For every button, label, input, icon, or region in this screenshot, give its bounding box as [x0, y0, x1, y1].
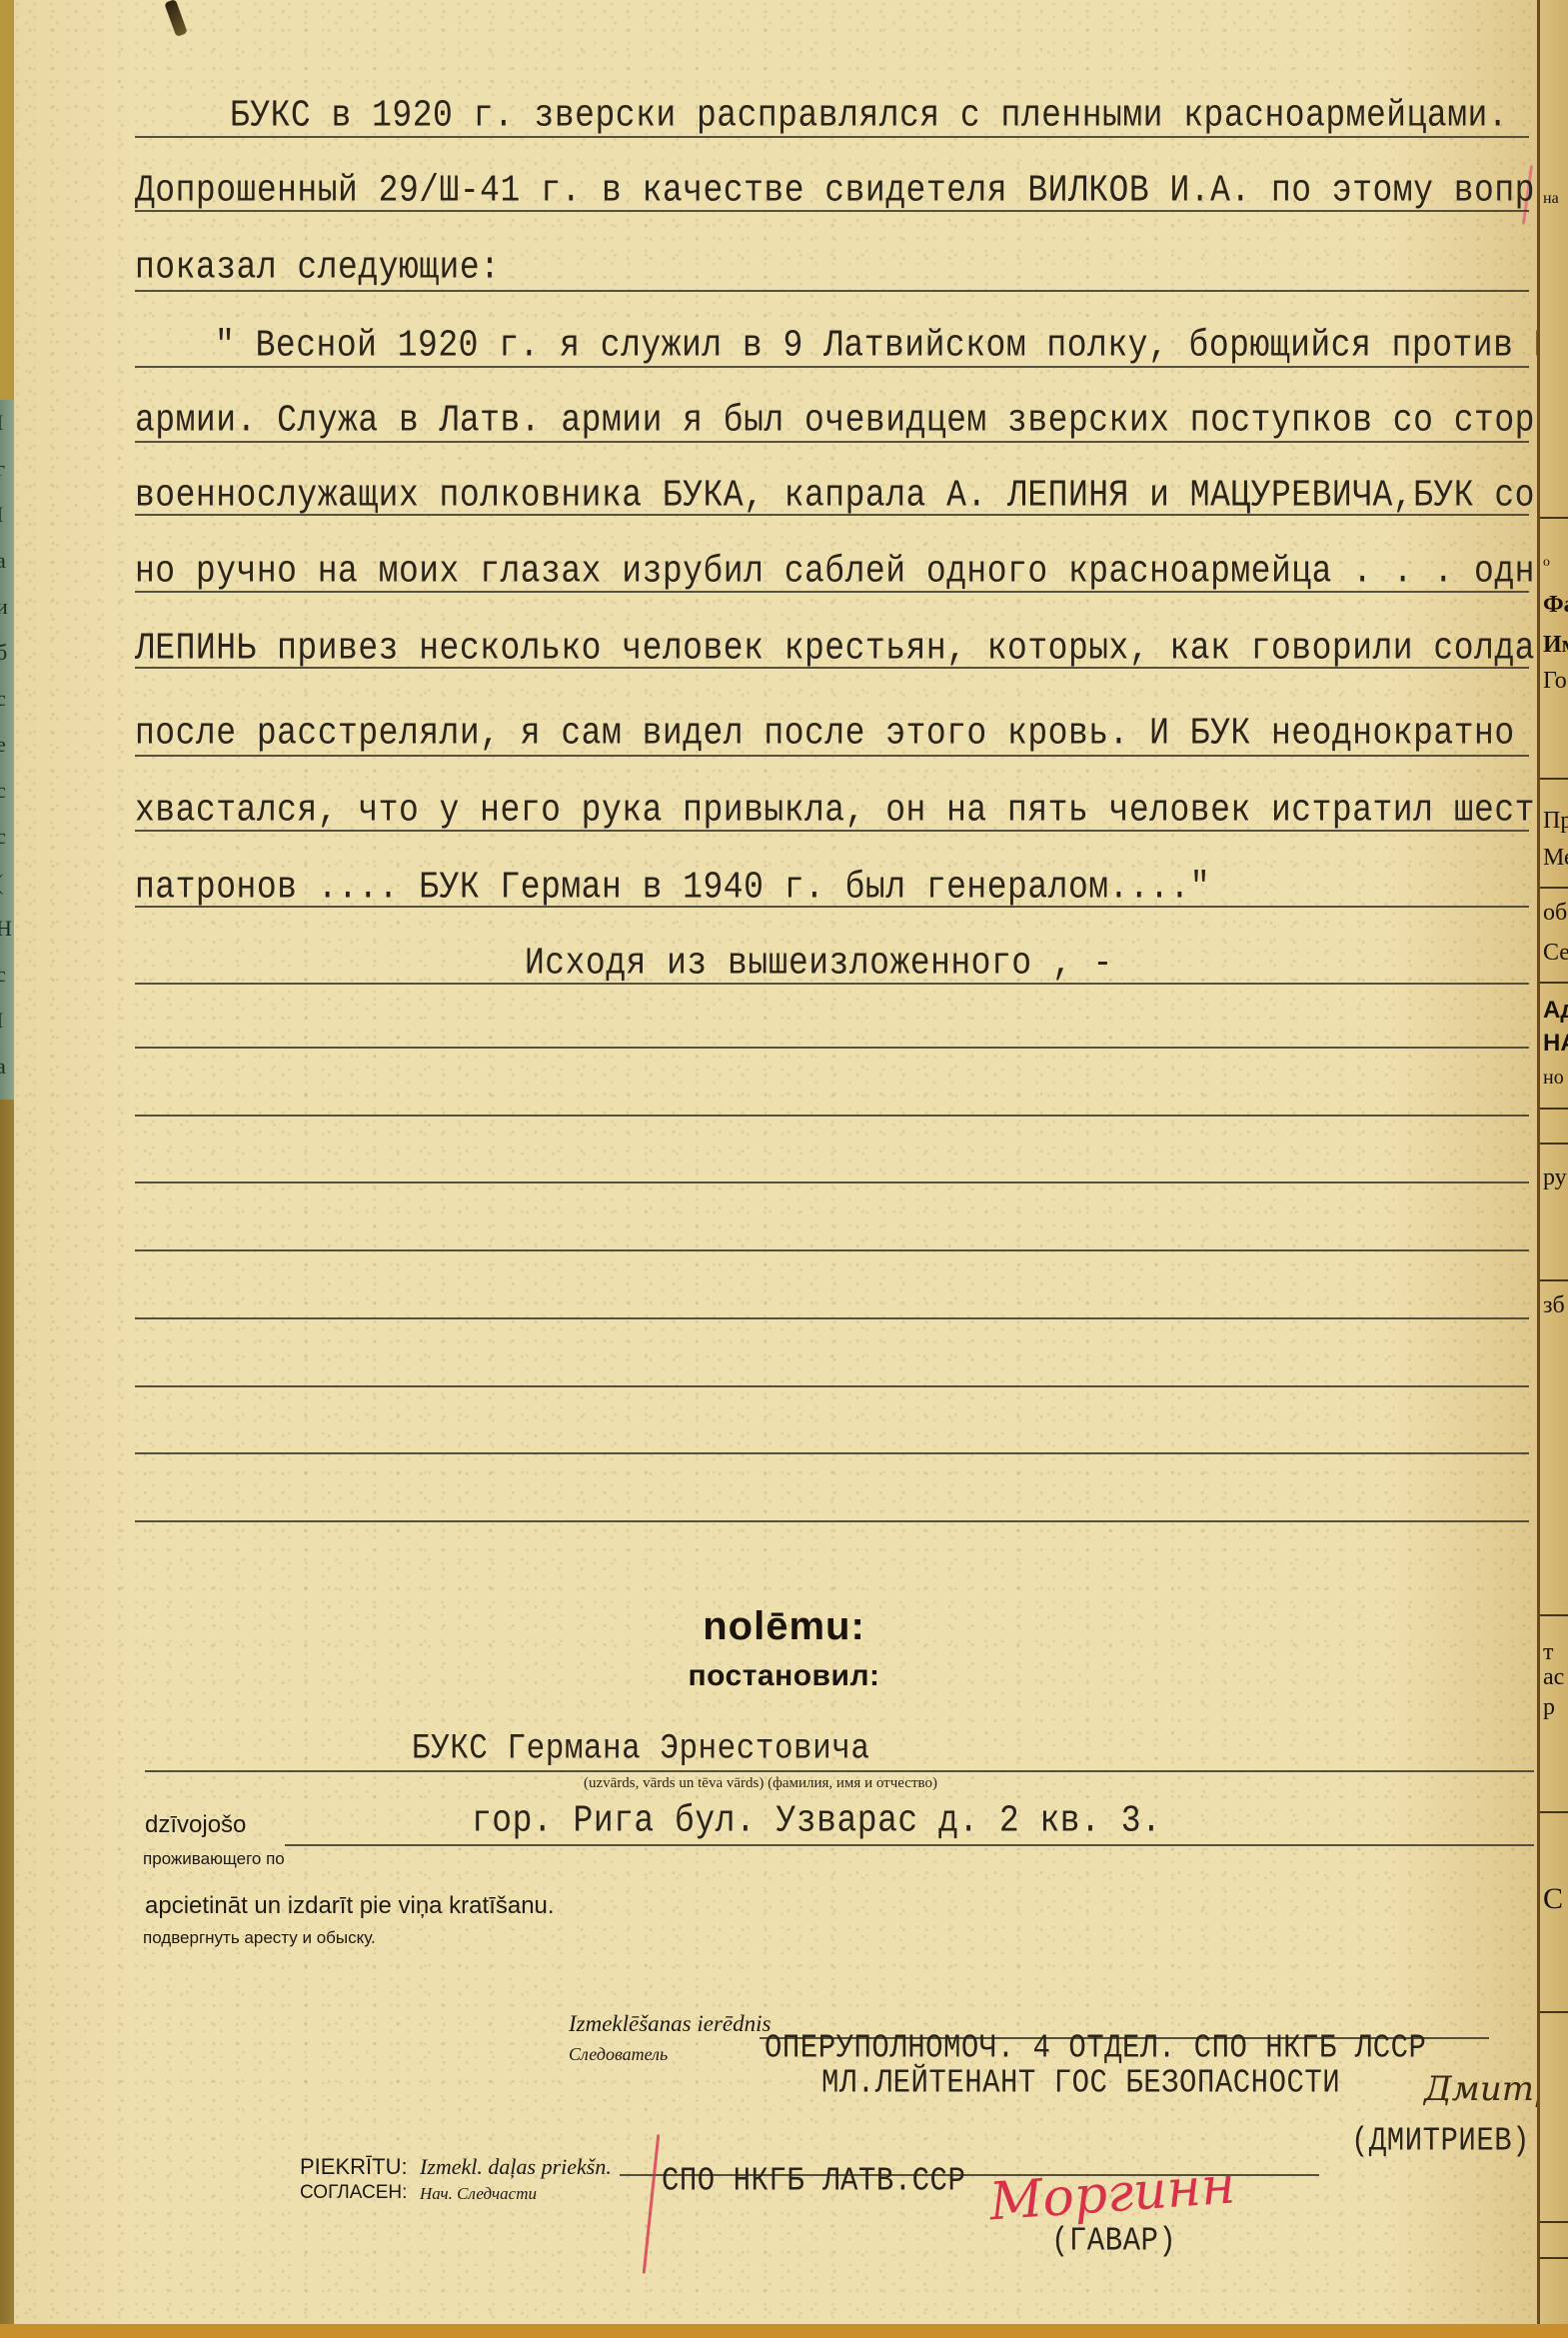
blank-ruled-line [135, 1181, 1529, 1183]
fragment-char: I [0, 998, 14, 1044]
blank-ruled-line [135, 1452, 1529, 1454]
ruled-line [135, 441, 1529, 443]
fragment-rule [1540, 1108, 1568, 1110]
body-line-7: но ручно на моих глазах изрубил саблей о… [135, 550, 1555, 593]
ruled-line [135, 591, 1529, 593]
fragment-rule [1540, 1279, 1568, 1281]
body-line-3: показал следующие: [135, 246, 500, 289]
fragment-rule [1540, 982, 1568, 984]
fragment-char: г [0, 446, 14, 492]
fragment-text: Фа [1543, 592, 1568, 619]
fragment-text: о [1543, 555, 1550, 571]
ruled-line [135, 830, 1529, 832]
body-line-9: после расстреляли, я сам видел после это… [135, 712, 1515, 755]
body-line-11: патронов .... БУК Герман в 1940 г. был г… [135, 866, 1210, 909]
fragment-text: зб [1543, 1292, 1565, 1319]
fragment-rule [1540, 2257, 1568, 2259]
blank-ruled-line [135, 1047, 1529, 1049]
fragment-char: и [0, 584, 14, 630]
ruled-line [135, 755, 1529, 757]
fragment-text: т [1543, 1639, 1554, 1666]
ruled-line [135, 136, 1529, 138]
fragment-rule [1540, 2011, 1568, 2013]
fragment-char: I [0, 400, 14, 446]
body-line-5: армии. Служа в Латв. армии я был очевидц… [135, 399, 1535, 442]
ruled-line [135, 906, 1529, 908]
ruled-line [135, 366, 1529, 368]
blank-ruled-line [135, 1385, 1529, 1387]
fragment-rule [1540, 1614, 1568, 1616]
investigator-signature: Дмитр [1424, 2069, 1556, 2109]
adjacent-page-right-fragment: на о Фа Им Го Пр Ме об Се Ад НА но ру зб… [1537, 0, 1568, 2338]
fragment-text: на [1543, 190, 1559, 208]
investigator-title-2: МЛ.ЛЕЙТЕНАНТ ГОС БЕЗОПАСНОСТИ [821, 2064, 1340, 2102]
residence-rule [285, 1844, 1534, 1846]
fragment-text: Пр [1543, 808, 1568, 835]
residence-address: гор. Рига бул. Узварас д. 2 кв. 3. [472, 1799, 1161, 1842]
fragment-text: Ме [1543, 845, 1568, 872]
fragment-rule [1540, 2221, 1568, 2223]
investigator-label-lv: Izmeklēšanas ierēdnis [569, 2011, 772, 2037]
fragment-char: с [0, 814, 14, 860]
action-ru: подвергнуть аресту и обыску. [143, 1928, 376, 1948]
fragment-text: Се [1543, 940, 1568, 967]
fragment-char: б [0, 630, 14, 676]
blank-ruled-line [135, 1520, 1529, 1522]
fragment-text: р [1543, 1694, 1555, 1721]
body-line-4: " Весной 1920 г. я служил в 9 Латвийском… [215, 324, 1554, 367]
body-line-6: военнослужащих полковника БУКА, капрала … [135, 474, 1555, 517]
conclusion-intro: Исходя из вышеизложенного , - [525, 942, 1113, 985]
approval-unit: СПО НКГБ ЛАТВ.ССР [662, 2162, 965, 2200]
fragment-char: а [0, 538, 14, 584]
blank-ruled-line [135, 1115, 1529, 1117]
investigator-label-ru: Следователь [569, 2044, 668, 2065]
ruled-line [135, 290, 1529, 292]
fragment-char: с [0, 768, 14, 814]
fragment-char: Н [0, 906, 14, 952]
ruled-line [135, 983, 1529, 985]
approval-label-ru: СОГЛАСЕН: [300, 2182, 407, 2204]
fragment-text: ру [1543, 1165, 1567, 1191]
blank-ruled-line [135, 1249, 1529, 1251]
subject-name: БУКС Германа Эрнестовича [412, 1729, 869, 1769]
ruled-line [135, 514, 1529, 516]
body-line-1: БУКС в 1920 г. зверски расправлялся с пл… [230, 94, 1508, 137]
fragment-char: с [0, 676, 14, 722]
fragment-text: об [1543, 900, 1567, 927]
fragment-text: С [1543, 1882, 1563, 1916]
investigator-name: (ДМИТРИЕВ) [1351, 2122, 1530, 2160]
approval-name: (ГАВАР) [1051, 2222, 1176, 2260]
approval-role-lv: Izmekl. daļas priekšn. [420, 2154, 612, 2180]
body-line-8: ЛЕПИНЬ привез несколько человек крестьян… [135, 627, 1555, 670]
ruled-line [135, 667, 1529, 669]
fragment-text: НА [1543, 1030, 1568, 1058]
body-line-2: Допрошенный 29/Ш-41 г. в качестве свидет… [135, 169, 1555, 212]
fragment-rule [1540, 517, 1568, 519]
decision-heading-lv: nolēmu: [0, 1604, 1568, 1649]
residence-label-lv: dzīvojošo [145, 1811, 246, 1839]
fragment-text: Ад [1543, 997, 1568, 1025]
fragment-rule [1540, 887, 1568, 889]
fragment-char: I [0, 492, 14, 538]
fragment-text: ас [1543, 1664, 1564, 1691]
name-rule [145, 1770, 1534, 1772]
fragment-rule [1540, 1143, 1568, 1145]
approval-role-ru: Нач. Следчасти [420, 2184, 537, 2204]
fragment-char: ( [0, 860, 14, 906]
fragment-text: но [1543, 1067, 1564, 1090]
ruled-line [135, 210, 1529, 212]
fragment-rule [1540, 778, 1568, 780]
folder-edge-bottom [0, 2324, 1568, 2338]
approval-label-lv: PIEKRĪTU: [300, 2154, 408, 2180]
body-line-10: хвастался, что у него рука привыкла, он … [135, 789, 1555, 832]
fragment-text: Им [1543, 632, 1568, 659]
blank-ruled-line [135, 1317, 1529, 1319]
name-caption: (uzvārds, vārds un tēva vārds) (фамилия,… [584, 1775, 937, 1792]
fragment-rule [1540, 1811, 1568, 1813]
investigator-title-1: ОПЕРУПОЛНОМОЧ. 4 ОТДЕЛ. СПО НКГБ ЛССР [765, 2029, 1426, 2067]
adjacent-page-left-fragment: I г I а и б с е с с ( Н с I а [0, 400, 14, 1100]
fragment-char: а [0, 1044, 14, 1090]
fragment-text: Го [1543, 668, 1567, 695]
decision-heading-ru: постановил: [0, 1659, 1568, 1693]
fragment-char: е [0, 722, 14, 768]
action-lv: apcietināt un izdarīt pie viņa kratīšanu… [145, 1892, 555, 1920]
fragment-char: с [0, 952, 14, 998]
residence-label-ru: проживающего по [143, 1849, 285, 1869]
